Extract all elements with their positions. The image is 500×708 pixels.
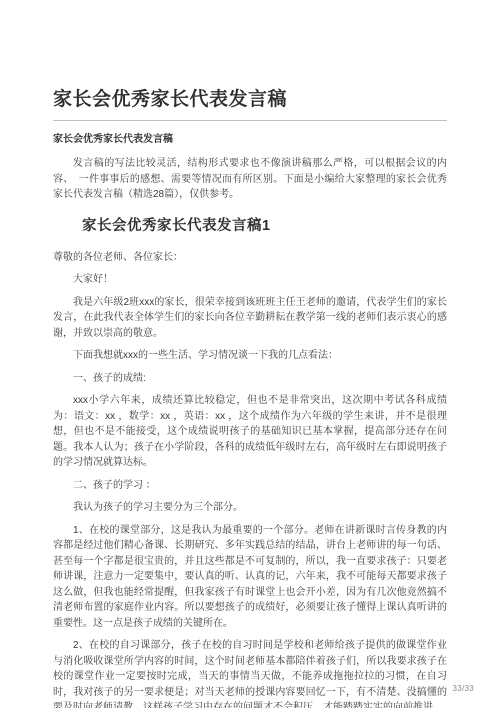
body-paragraph-grades: xxx小学六年来，成绩还算比较稳定，但也不是非常突出，这次期中考试各科成绩为：语… bbox=[53, 393, 447, 471]
list-item-heading-grades: 一、孩子的成绩: bbox=[53, 371, 447, 387]
body-paragraph-study-parts: 我认为孩子的学习主要分为三个部分。 bbox=[53, 500, 447, 516]
intro-paragraph: 发言稿的写法比较灵活，结构形式要求也不像演讲稿那么严格，可以根据会议的内容、 一… bbox=[53, 156, 447, 203]
title-divider bbox=[53, 120, 447, 121]
page-title: 家长会优秀家长代表发言稿 bbox=[53, 88, 447, 111]
body-paragraph-lead-in: 下面我想就xxx的一些生活、学习情况谈一下我的几点看法： bbox=[53, 348, 447, 364]
document-page: 家长会优秀家长代表发言稿 家长会优秀家长代表发言稿 发言稿的写法比较灵活，结构形… bbox=[0, 0, 500, 708]
body-paragraph-introduction: 我是六年级2班xxx的家长，很荣幸接到该班班主任王老师的邀请，代表学生们的家长发… bbox=[53, 295, 447, 342]
body-paragraph-classroom: 1、在校的课堂部分，这是我认为最重要的一个部分。老师在讲新课时言传身教的内容都是… bbox=[53, 523, 447, 632]
section-heading: 家长会优秀家长代表发言稿1 bbox=[82, 216, 447, 236]
page-number-indicator: 33/33 bbox=[452, 684, 474, 693]
body-paragraph-self-study: 2、在校的自习课部分，孩子在校的自习时间是学校和老师给孩子提供的做课堂作业与消化… bbox=[53, 638, 447, 708]
document-subtitle: 家长会优秀家长代表发言稿 bbox=[53, 132, 447, 147]
salutation-paragraph: 尊敬的各位老师、各位家长： bbox=[53, 250, 447, 266]
list-item-heading-study: 二、孩子的学习 ： bbox=[53, 478, 447, 494]
greeting-paragraph: 大家好！ bbox=[53, 272, 447, 288]
